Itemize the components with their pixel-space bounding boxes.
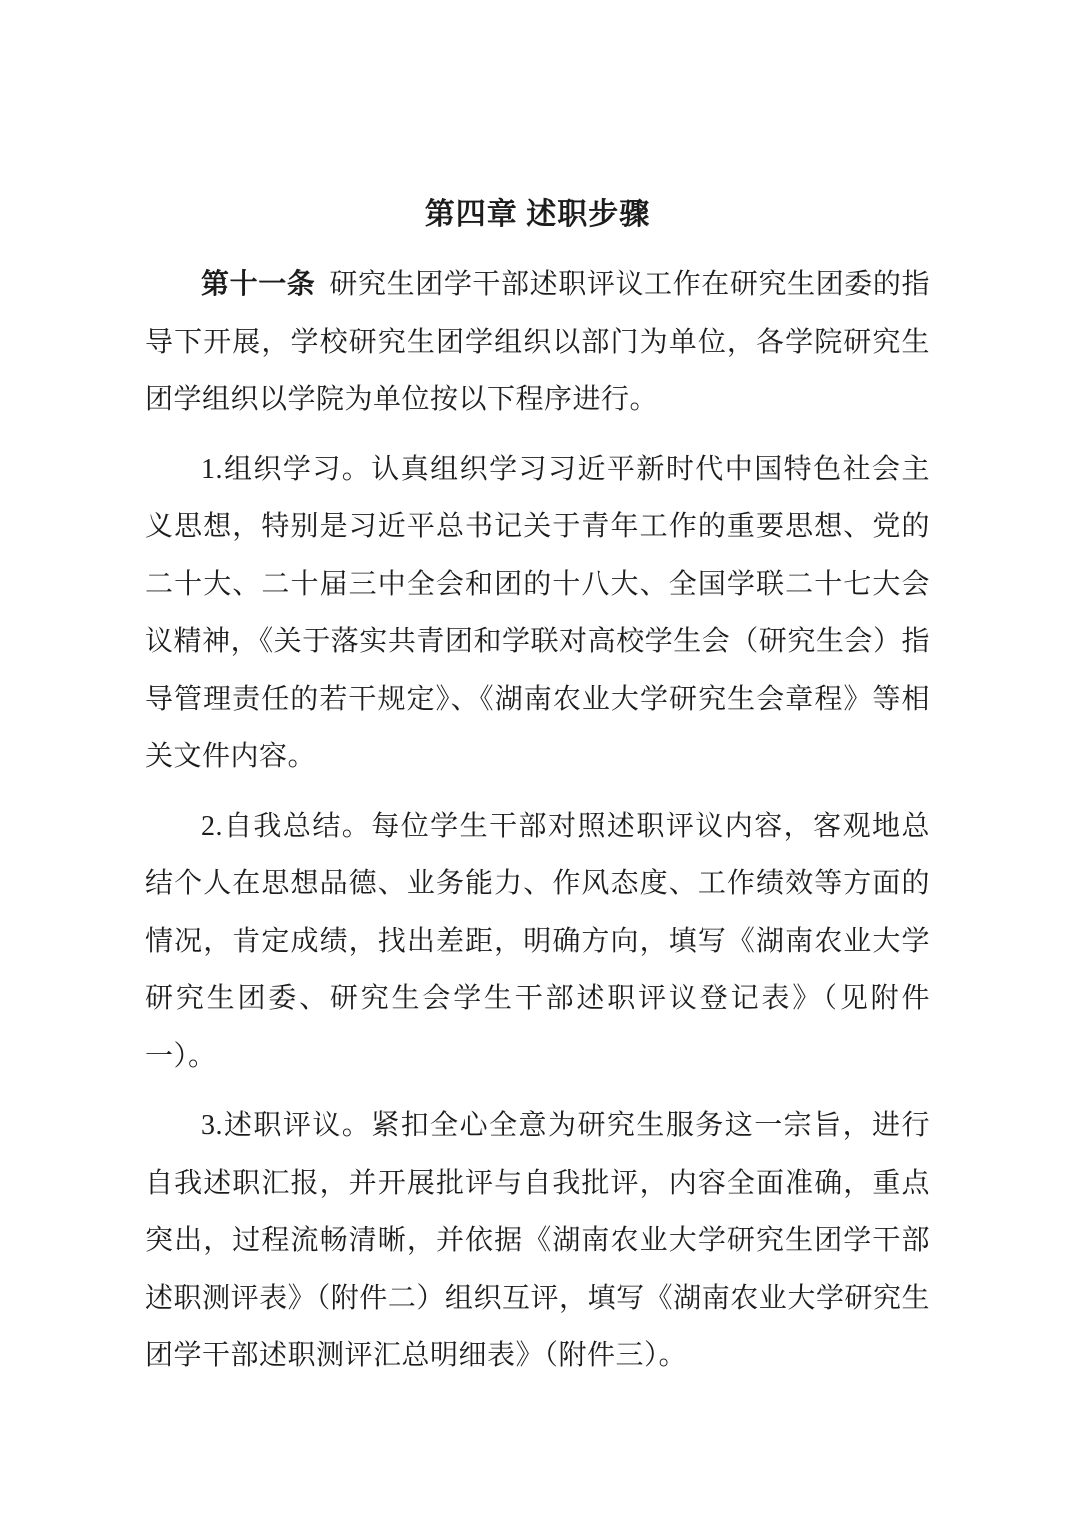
article-number: 第十一条 (201, 269, 315, 300)
step-paragraph-2: 2.自我总结。每位学生干部对照述职评议内容，客观地总结个人在思想品德、业务能力、… (145, 798, 930, 1086)
step-paragraph-1: 1.组织学习。认真组织学习习近平新时代中国特色社会主义思想，特别是习近平总书记关… (145, 441, 930, 786)
document-page: 第四章 述职步骤 第十一条研究生团学干部述职评议工作在研究生团委的指导下开展，学… (0, 0, 1074, 1520)
step-paragraph-3: 3.述职评议。紧扣全心全意为研究生服务这一宗旨，进行自我述职汇报，并开展批评与自… (145, 1097, 930, 1385)
article-paragraph: 第十一条研究生团学干部述职评议工作在研究生团委的指导下开展，学校研究生团学组织以… (145, 256, 930, 429)
chapter-title: 第四章 述职步骤 (145, 192, 930, 238)
